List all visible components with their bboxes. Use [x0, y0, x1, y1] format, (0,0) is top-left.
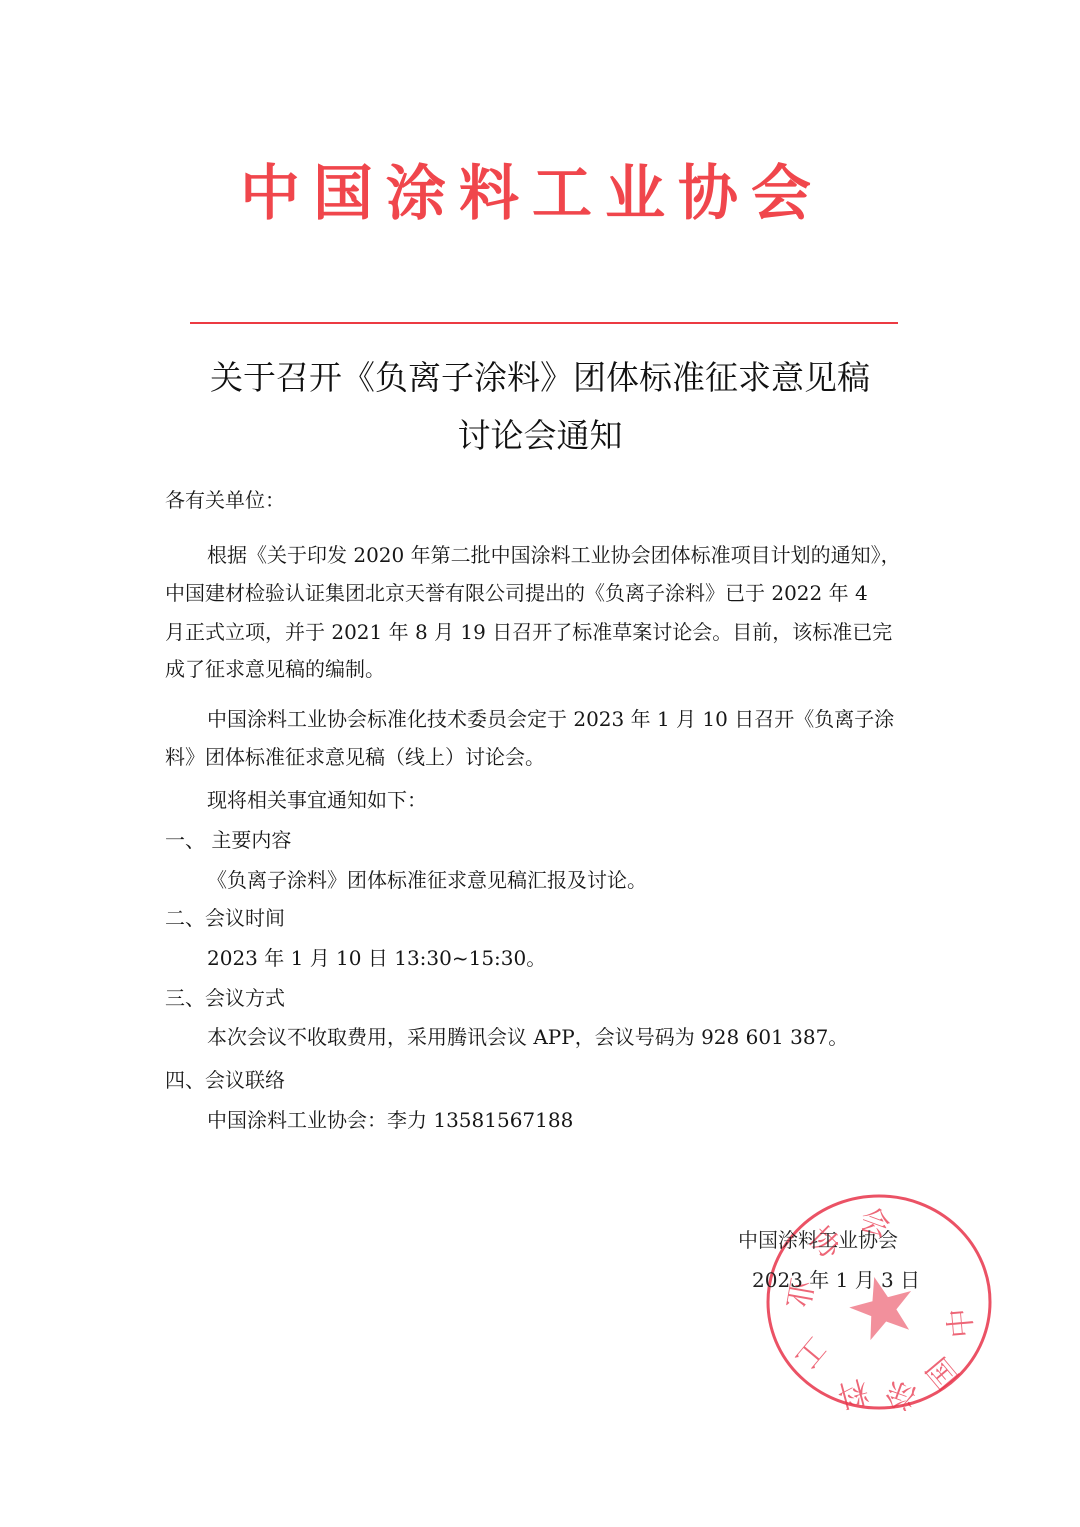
section-3-heading: 三、会议方式 — [165, 984, 285, 1012]
document-title-line1: 关于召开《负离子涂料》团体标准征求意见稿 — [0, 358, 1080, 398]
signature-org: 中国涂料工业协会 — [738, 1226, 898, 1254]
letterhead-divider — [190, 322, 898, 324]
section-1-content: 《负离子涂料》团体标准征求意见稿汇报及讨论。 — [207, 866, 647, 894]
para1-line3: 月正式立项，并于 2021 年 8 月 19 日召开了标准草案讨论会。目前，该标… — [165, 618, 892, 646]
signature-date: 2023 年 1 月 3 日 — [752, 1266, 920, 1294]
salutation: 各有关单位： — [165, 486, 285, 514]
section-2-heading: 二、会议时间 — [165, 904, 285, 932]
section-3-content: 本次会议不收取费用，采用腾讯会议 APP，会议号码为 928 601 387。 — [207, 1023, 848, 1051]
document-title-line2: 讨论会通知 — [0, 416, 1080, 456]
para1-line2: 中国建材检验认证集团北京天誉有限公司提出的《负离子涂料》已于 2022 年 4 — [165, 579, 868, 607]
para1-line1: 根据《关于印发 2020 年第二批中国涂料工业协会团体标准项目计划的通知》， — [207, 541, 901, 569]
para1-line4: 成了征求意见稿的编制。 — [165, 655, 385, 683]
seal-char-3: 涂 — [881, 1373, 921, 1411]
letterhead-org-name: 中国涂料工业协会 — [240, 158, 850, 230]
para2-line2: 料》团体标准征求意见稿（线上）讨论会。 — [165, 743, 545, 771]
section-2-content: 2023 年 1 月 10 日 13:30~15:30。 — [207, 944, 546, 972]
seal-char-2: 国 — [920, 1350, 966, 1395]
seal-char-4: 料 — [834, 1372, 872, 1411]
section-1-heading: 一、 主要内容 — [165, 826, 291, 854]
para2-line1: 中国涂料工业协会标准化技术委员会定于 2023 年 1 月 10 日召开《负离子… — [207, 705, 894, 733]
section-4-content: 中国涂料工业协会：李力 13581567188 — [207, 1106, 573, 1134]
section-4-heading: 四、会议联络 — [165, 1066, 285, 1094]
para3: 现将相关事宜通知如下： — [207, 786, 427, 814]
seal-char-1: 中 — [943, 1306, 980, 1339]
